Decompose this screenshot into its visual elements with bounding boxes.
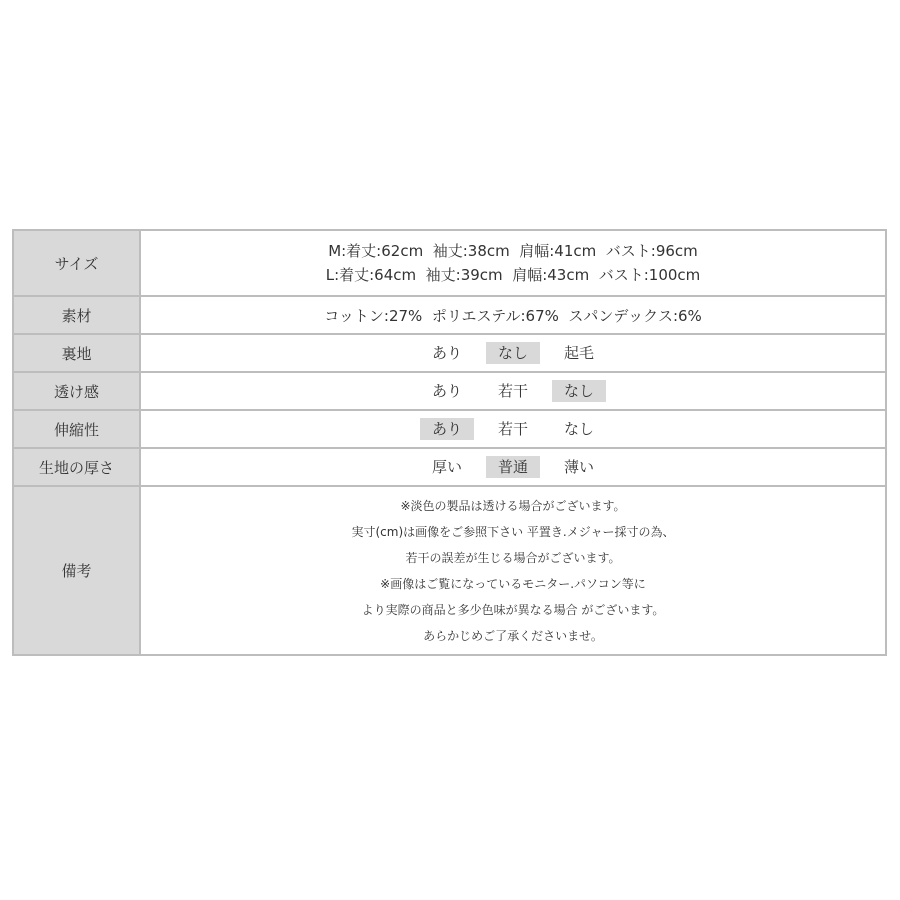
stretch-option-nashi: なし xyxy=(552,418,606,440)
notes-row: 備考 ※淡色の製品は透ける場合がございます。 実寸(cm)は画像をご参照下さい … xyxy=(13,486,886,655)
stretch-option-jakkan: 若干 xyxy=(486,418,540,440)
notes-line: 若干の誤差が生じる場合がございます。 xyxy=(141,545,885,571)
thickness-label: 生地の厚さ xyxy=(13,448,140,486)
size-label: サイズ xyxy=(13,230,140,296)
thickness-row: 生地の厚さ 厚い 普通 薄い xyxy=(13,448,886,486)
thickness-value: 厚い 普通 薄い xyxy=(140,448,886,486)
lining-option-ari: あり xyxy=(420,342,474,364)
notes-line: より実際の商品と多少色味が異なる場合 がございます。 xyxy=(141,597,885,623)
stretch-options: あり 若干 なし xyxy=(141,418,885,440)
size-l-line: L:着丈:64cm 袖丈:39cm 肩幅:43cm バスト:100cm xyxy=(141,263,885,287)
notes-line: あらかじめご了承くださいませ。 xyxy=(141,623,885,649)
stretch-row: 伸縮性 あり 若干 なし xyxy=(13,410,886,448)
notes-line: ※画像はご覧になっているモニター.パソコン等に xyxy=(141,571,885,597)
material-label: 素材 xyxy=(13,296,140,334)
product-spec-table: サイズ M:着丈:62cm 袖丈:38cm 肩幅:41cm バスト:96cm L… xyxy=(12,229,887,656)
sheerness-row: 透け感 あり 若干 なし xyxy=(13,372,886,410)
notes-text: ※淡色の製品は透ける場合がございます。 実寸(cm)は画像をご参照下さい 平置き… xyxy=(141,493,885,649)
thickness-option-thin: 薄い xyxy=(552,456,606,478)
thickness-option-normal-selected: 普通 xyxy=(486,456,540,478)
notes-value: ※淡色の製品は透ける場合がございます。 実寸(cm)は画像をご参照下さい 平置き… xyxy=(140,486,886,655)
material-text: コットン:27% ポリエステル:67% スパンデックス:6% xyxy=(324,307,702,325)
lining-options: あり なし 起毛 xyxy=(141,342,885,364)
lining-option-kimo: 起毛 xyxy=(552,342,606,364)
notes-line: ※淡色の製品は透ける場合がございます。 xyxy=(141,493,885,519)
sheerness-option-jakkan: 若干 xyxy=(486,380,540,402)
size-row: サイズ M:着丈:62cm 袖丈:38cm 肩幅:41cm バスト:96cm L… xyxy=(13,230,886,296)
lining-row: 裏地 あり なし 起毛 xyxy=(13,334,886,372)
thickness-options: 厚い 普通 薄い xyxy=(141,456,885,478)
sheerness-value: あり 若干 なし xyxy=(140,372,886,410)
sheerness-option-ari: あり xyxy=(420,380,474,402)
sheerness-option-nashi-selected: なし xyxy=(552,380,606,402)
material-row: 素材 コットン:27% ポリエステル:67% スパンデックス:6% xyxy=(13,296,886,334)
sheerness-options: あり 若干 なし xyxy=(141,380,885,402)
lining-label: 裏地 xyxy=(13,334,140,372)
thickness-option-thick: 厚い xyxy=(420,456,474,478)
material-value: コットン:27% ポリエステル:67% スパンデックス:6% xyxy=(140,296,886,334)
lining-value: あり なし 起毛 xyxy=(140,334,886,372)
size-value: M:着丈:62cm 袖丈:38cm 肩幅:41cm バスト:96cm L:着丈:… xyxy=(140,230,886,296)
stretch-label: 伸縮性 xyxy=(13,410,140,448)
lining-option-nashi-selected: なし xyxy=(486,342,540,364)
notes-label: 備考 xyxy=(13,486,140,655)
sheerness-label: 透け感 xyxy=(13,372,140,410)
stretch-option-ari-selected: あり xyxy=(420,418,474,440)
size-m-line: M:着丈:62cm 袖丈:38cm 肩幅:41cm バスト:96cm xyxy=(141,239,885,263)
stretch-value: あり 若干 なし xyxy=(140,410,886,448)
notes-line: 実寸(cm)は画像をご参照下さい 平置き.メジャー採寸の為、 xyxy=(141,519,885,545)
